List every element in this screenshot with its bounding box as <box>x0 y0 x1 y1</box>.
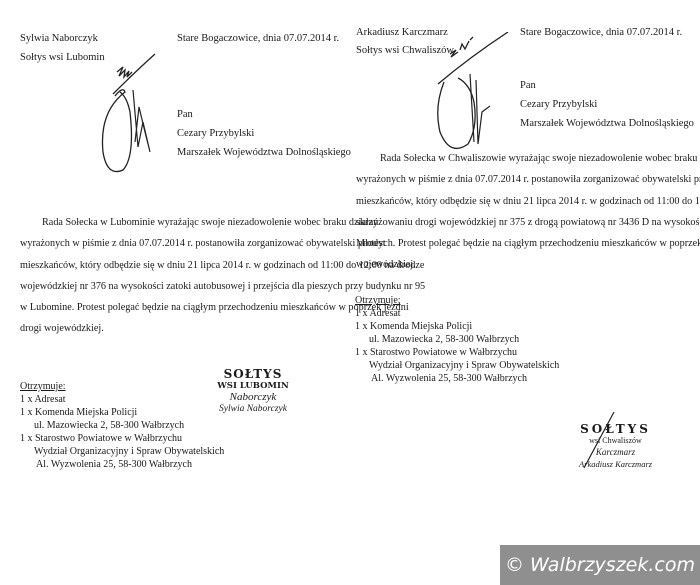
sender-name: Sylwia Naborczyk <box>20 32 98 46</box>
letter-lubomin: Sylwia Naborczyk Sołtys wsi Lubomin Star… <box>0 0 350 585</box>
body-line: skrzyżowaniu drogi wojewódzkiej nr 375 z… <box>356 212 669 233</box>
handwritten-signature-icon <box>430 32 520 157</box>
recipient-title: Marszałek Województwa Dolnośląskiego <box>177 146 351 160</box>
body-line: w Lubomine. Protest polegać będzie na ci… <box>20 297 327 318</box>
recipient-item: Wydział Organizacyjny i Spraw Obywatelsk… <box>20 445 224 458</box>
recipient-item: 1 x Adresat <box>20 393 224 406</box>
stamp-title: SOŁTYS <box>208 368 298 381</box>
recipient-name: Cezary Przybylski <box>520 98 597 112</box>
body-line: wyrażonych w piśmie z dnia 07.07.2014 r.… <box>20 233 327 254</box>
watermark-text: Walbrzyszek.com <box>530 554 695 576</box>
body-line: mieszkańców, który odbędzie się w dniu 2… <box>356 191 669 212</box>
copyright-icon: © <box>505 554 524 576</box>
place-date: Stare Bogaczowice, dnia 07.07.2014 r. <box>177 32 339 46</box>
recipients-header: Otrzymuje: <box>355 294 559 307</box>
body-line: wojewódzkiej. <box>356 254 669 275</box>
stamp-name: Sylwia Naborczyk <box>208 403 298 415</box>
watermark-banner: © Walbrzyszek.com <box>500 545 700 585</box>
recipient-item: 1 x Komenda Miejska Policji <box>20 406 224 419</box>
recipient-item: 1 x Starostwo Powiatowe w Wałbrzychu <box>355 346 559 359</box>
handwritten-signature-icon <box>95 52 170 177</box>
recipient-item: Al. Wyzwolenia 25, 58-300 Wałbrzych <box>355 372 559 385</box>
body-line: Rada Sołecka w Lubominie wyrażając swoje… <box>20 212 327 233</box>
body-line: Rada Sołecka w Chwaliszowie wyrażając sw… <box>356 148 669 169</box>
recipient-item: 1 x Komenda Miejska Policji <box>355 320 559 333</box>
letter-body: Rada Sołecka w Lubominie wyrażając swoje… <box>20 212 327 340</box>
body-line: mieszkańców, który odbędzie się w dniu 2… <box>20 255 327 276</box>
recipient-salutation: Pan <box>520 79 536 93</box>
recipient-item: ul. Mazowiecka 2, 58-300 Wałbrzych <box>355 333 559 346</box>
letter-body: Rada Sołecka w Chwaliszowie wyrażając sw… <box>356 148 669 276</box>
recipient-item: 1 x Starostwo Powiatowe w Wałbrzychu <box>20 432 224 445</box>
body-line: wojewódzkiej nr 376 na wysokości zatoki … <box>20 276 327 297</box>
stamp-signature: Naborczyk <box>208 391 298 403</box>
body-line: drogi wojewódzkiej. <box>20 318 327 339</box>
recipient-item: 1 x Adresat <box>355 307 559 320</box>
recipient-item: ul. Mazowiecka 2, 58-300 Wałbrzych <box>20 419 224 432</box>
recipient-salutation: Pan <box>177 108 193 122</box>
stamp-signature-stroke-icon <box>580 412 620 472</box>
body-line: Młodych. Protest polegać będzie na ciągł… <box>356 233 669 254</box>
sender-title: Sołtys wsi Lubomin <box>20 51 105 65</box>
recipients-header: Otrzymuje: <box>20 380 224 393</box>
recipient-item: Wydział Organizacyjny i Spraw Obywatelsk… <box>355 359 559 372</box>
official-stamp: SOŁTYS WSI LUBOMIN Naborczyk Sylwia Nabo… <box>208 368 298 415</box>
stamp-village: WSI LUBOMIN <box>208 381 298 391</box>
recipient-title: Marszałek Województwa Dolnośląskiego <box>520 117 694 131</box>
recipient-name: Cezary Przybylski <box>177 127 254 141</box>
place-date: Stare Bogaczowice, dnia 07.07.2014 r. <box>520 26 682 40</box>
recipients-list: Otrzymuje: 1 x Adresat 1 x Komenda Miejs… <box>355 294 559 385</box>
recipient-item: Al. Wyzwolenia 25, 58-300 Wałbrzych <box>20 458 224 471</box>
letter-chwaliszow: Arkadiusz Karczmarz Sołtys wsi Chwaliszó… <box>335 0 700 585</box>
body-line: wyrażonych w piśmie z dnia 07.07.2014 r.… <box>356 169 669 190</box>
recipients-list: Otrzymuje: 1 x Adresat 1 x Komenda Miejs… <box>20 380 224 471</box>
